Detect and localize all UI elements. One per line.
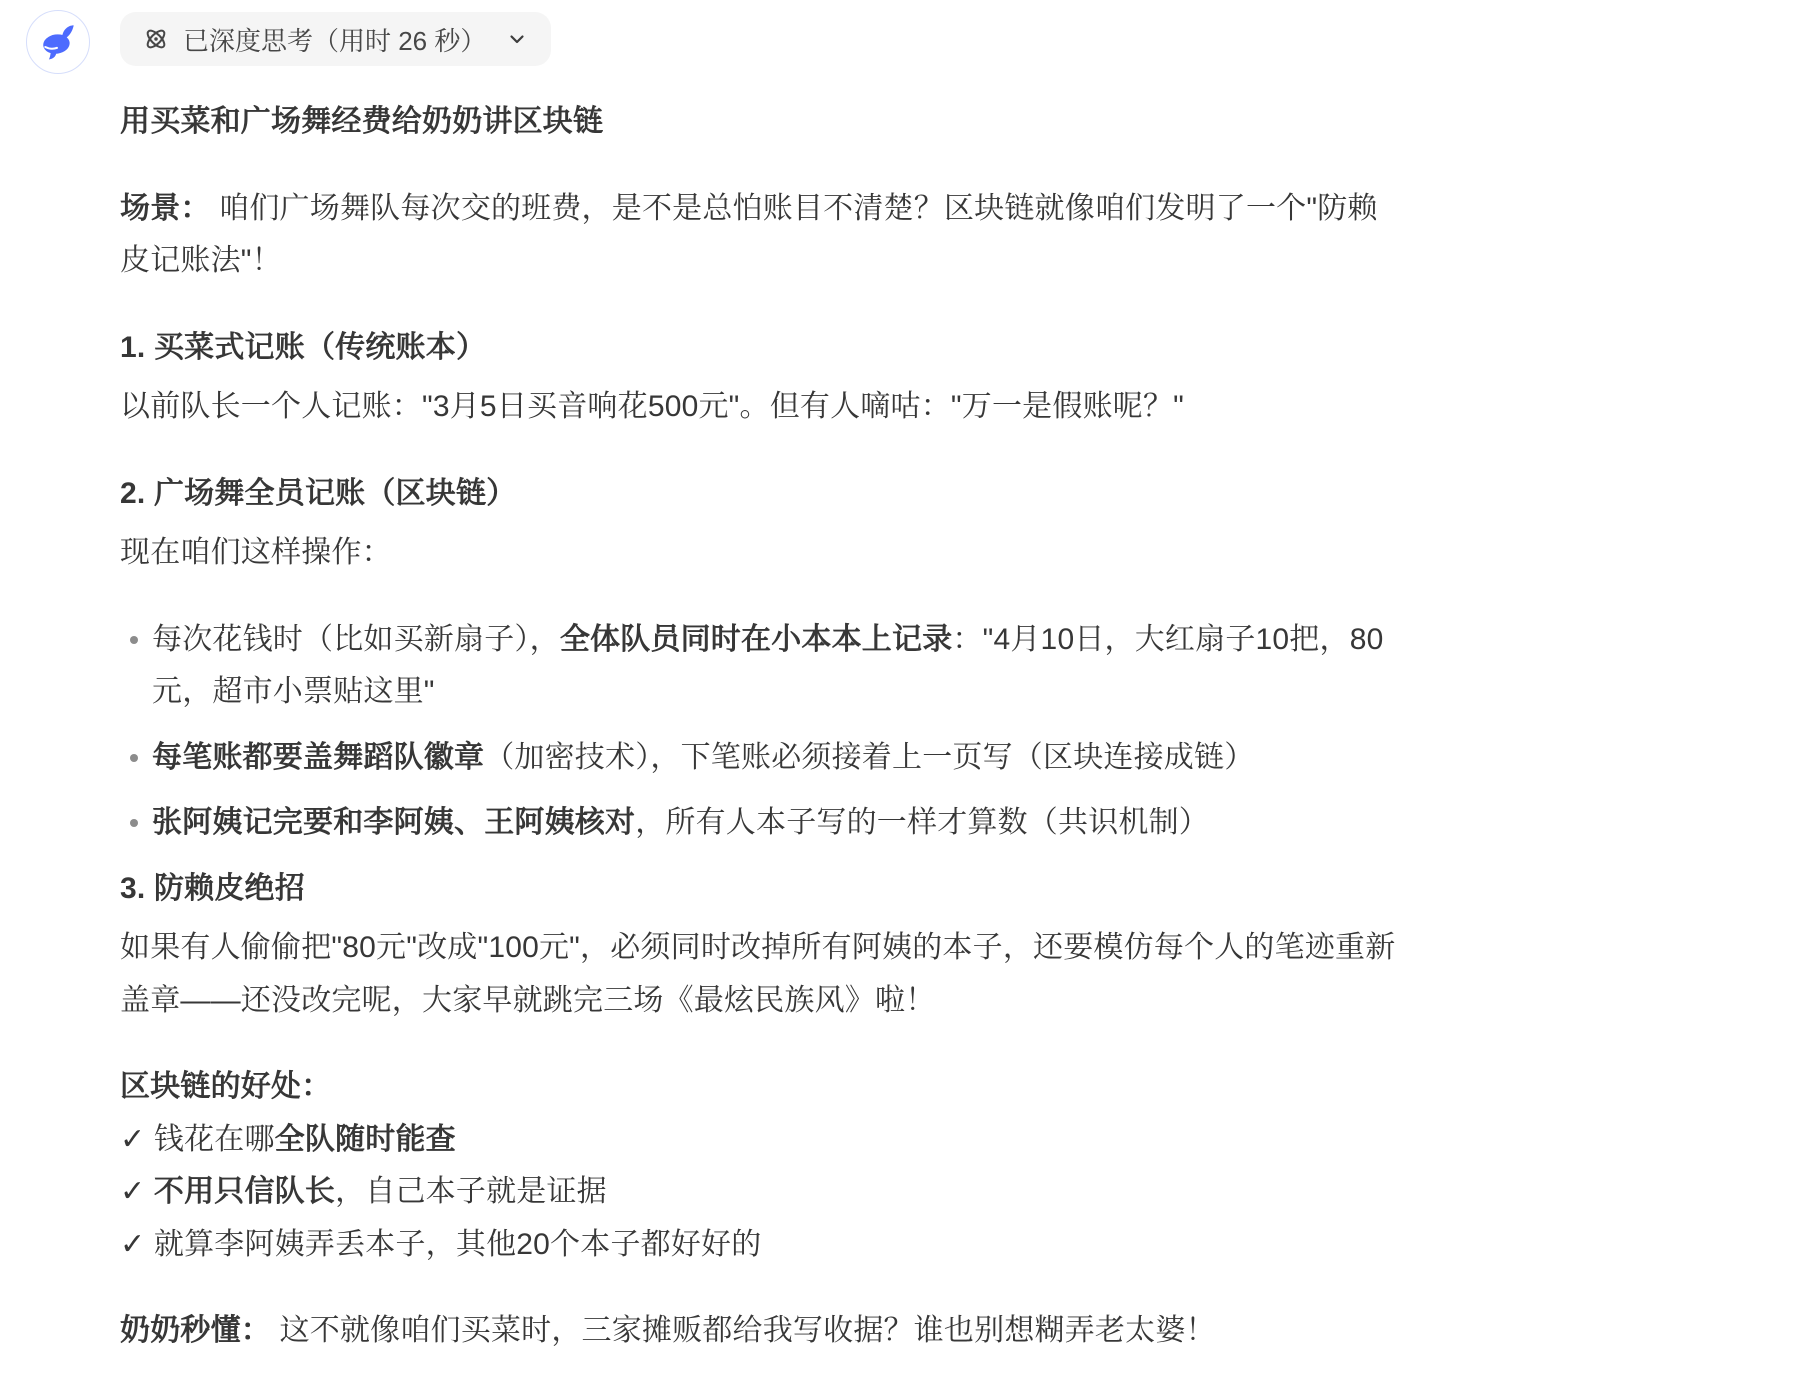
- bold-text: 区块链的好处：: [120, 1070, 331, 1103]
- text: ✓ 就算李阿姨弄丢本子，其他20个本子都好好的: [120, 1228, 761, 1261]
- assistant-message: 已深度思考（用时 26 秒） 用买菜和广场舞经费给奶奶讲区块链场景： 咱们广场舞…: [26, 10, 1806, 1392]
- benefits-block: 区块链的好处：✓ 钱花在哪全队随时能查✓ 不用只信队长，自己本子就是证据✓ 就算…: [120, 1061, 1405, 1271]
- deepthink-atom-icon: [142, 25, 170, 53]
- section-1-heading: 1. 买菜式记账（传统账本）: [120, 322, 1405, 375]
- text: （加密技术），下笔账必须接着上一页写（区块连接成链）: [484, 741, 1254, 774]
- text: 现在咱们这样操作：: [120, 536, 392, 569]
- text: 每次花钱时（比如买新扇子），: [152, 623, 560, 656]
- bold-text: 2. 广场舞全员记账（区块链）: [120, 477, 516, 510]
- text: ，所有人本子写的一样才算数（共识机制）: [635, 806, 1209, 839]
- text: 咱们广场舞队每次交的班费，是不是总怕账目不清楚？区块链就像咱们发明了一个"防赖皮…: [120, 192, 1378, 278]
- title-paragraph: 用买菜和广场舞经费给奶奶讲区块链: [120, 96, 1405, 149]
- bullet-item: 每次花钱时（比如买新扇子），全体队员同时在小本本上记录："4月10日，大红扇子1…: [152, 614, 1405, 719]
- chat-page: 已深度思考（用时 26 秒） 用买菜和广场舞经费给奶奶讲区块链场景： 咱们广场舞…: [0, 0, 1806, 1392]
- bold-text: 用买菜和广场舞经费给奶奶讲区块链: [120, 105, 603, 138]
- bold-text: 1. 买菜式记账（传统账本）: [120, 331, 486, 364]
- message-blocks: 用买菜和广场舞经费给奶奶讲区块链场景： 咱们广场舞队每次交的班费，是不是总怕账目…: [120, 96, 1405, 1358]
- assistant-message-content: 已深度思考（用时 26 秒） 用买菜和广场舞经费给奶奶讲区块链场景： 咱们广场舞…: [120, 10, 1405, 1392]
- bold-text: 张阿姨记完要和李阿姨、王阿姨核对: [152, 806, 635, 839]
- text: ，自己本子就是证据: [335, 1175, 607, 1208]
- bold-text: 3. 防赖皮绝招: [120, 872, 305, 905]
- deep-thought-label: 已深度思考（用时 26 秒）: [183, 21, 486, 58]
- deepseek-whale-icon: [36, 20, 80, 64]
- text: 以前队长一个人记账："3月5日买音响花500元"。但有人嘀咕："万一是假账呢？": [120, 390, 1184, 423]
- bold-text: 全体队员同时在小本本上记录: [560, 623, 953, 656]
- scene-paragraph: 场景： 咱们广场舞队每次交的班费，是不是总怕账目不清楚？区块链就像咱们发明了一个…: [120, 183, 1405, 288]
- bullet-item: 张阿姨记完要和李阿姨、王阿姨核对，所有人本子写的一样才算数（共识机制）: [152, 797, 1405, 850]
- text: ✓: [120, 1175, 154, 1208]
- section-1-paragraph: 以前队长一个人记账："3月5日买音响花500元"。但有人嘀咕："万一是假账呢？": [120, 381, 1405, 434]
- section-2-heading: 2. 广场舞全员记账（区块链）: [120, 468, 1405, 521]
- bold-text: 全队随时能查: [275, 1123, 456, 1156]
- text: 如果有人偷偷把"80元"改成"100元"，必须同时改掉所有阿姨的本子，还要模仿每…: [120, 931, 1395, 1017]
- bold-text: 奶奶秒懂：: [120, 1314, 271, 1347]
- bold-text: 场景：: [120, 192, 211, 225]
- assistant-avatar: [26, 10, 90, 74]
- bullet-item: 每笔账都要盖舞蹈队徽章（加密技术），下笔账必须接着上一页写（区块连接成链）: [152, 732, 1405, 785]
- bold-text: 不用只信队长: [154, 1175, 335, 1208]
- text: 这不就像咱们买菜时，三家摊贩都给我写收据？谁也别想糊弄老太婆！: [271, 1314, 1216, 1347]
- section-3-paragraph: 如果有人偷偷把"80元"改成"100元"，必须同时改掉所有阿姨的本子，还要模仿每…: [120, 922, 1405, 1027]
- operation-list: 每次花钱时（比如买新扇子），全体队员同时在小本本上记录："4月10日，大红扇子1…: [120, 614, 1405, 850]
- section-2-paragraph: 现在咱们这样操作：: [120, 527, 1405, 580]
- deep-thought-toggle-button[interactable]: 已深度思考（用时 26 秒）: [120, 12, 551, 66]
- chevron-down-icon: [505, 27, 529, 51]
- grandma-paragraph: 奶奶秒懂： 这不就像咱们买菜时，三家摊贩都给我写收据？谁也别想糊弄老太婆！: [120, 1305, 1405, 1358]
- section-3-heading: 3. 防赖皮绝招: [120, 863, 1405, 916]
- text: ✓ 钱花在哪: [120, 1123, 275, 1156]
- bold-text: 每笔账都要盖舞蹈队徽章: [152, 741, 484, 774]
